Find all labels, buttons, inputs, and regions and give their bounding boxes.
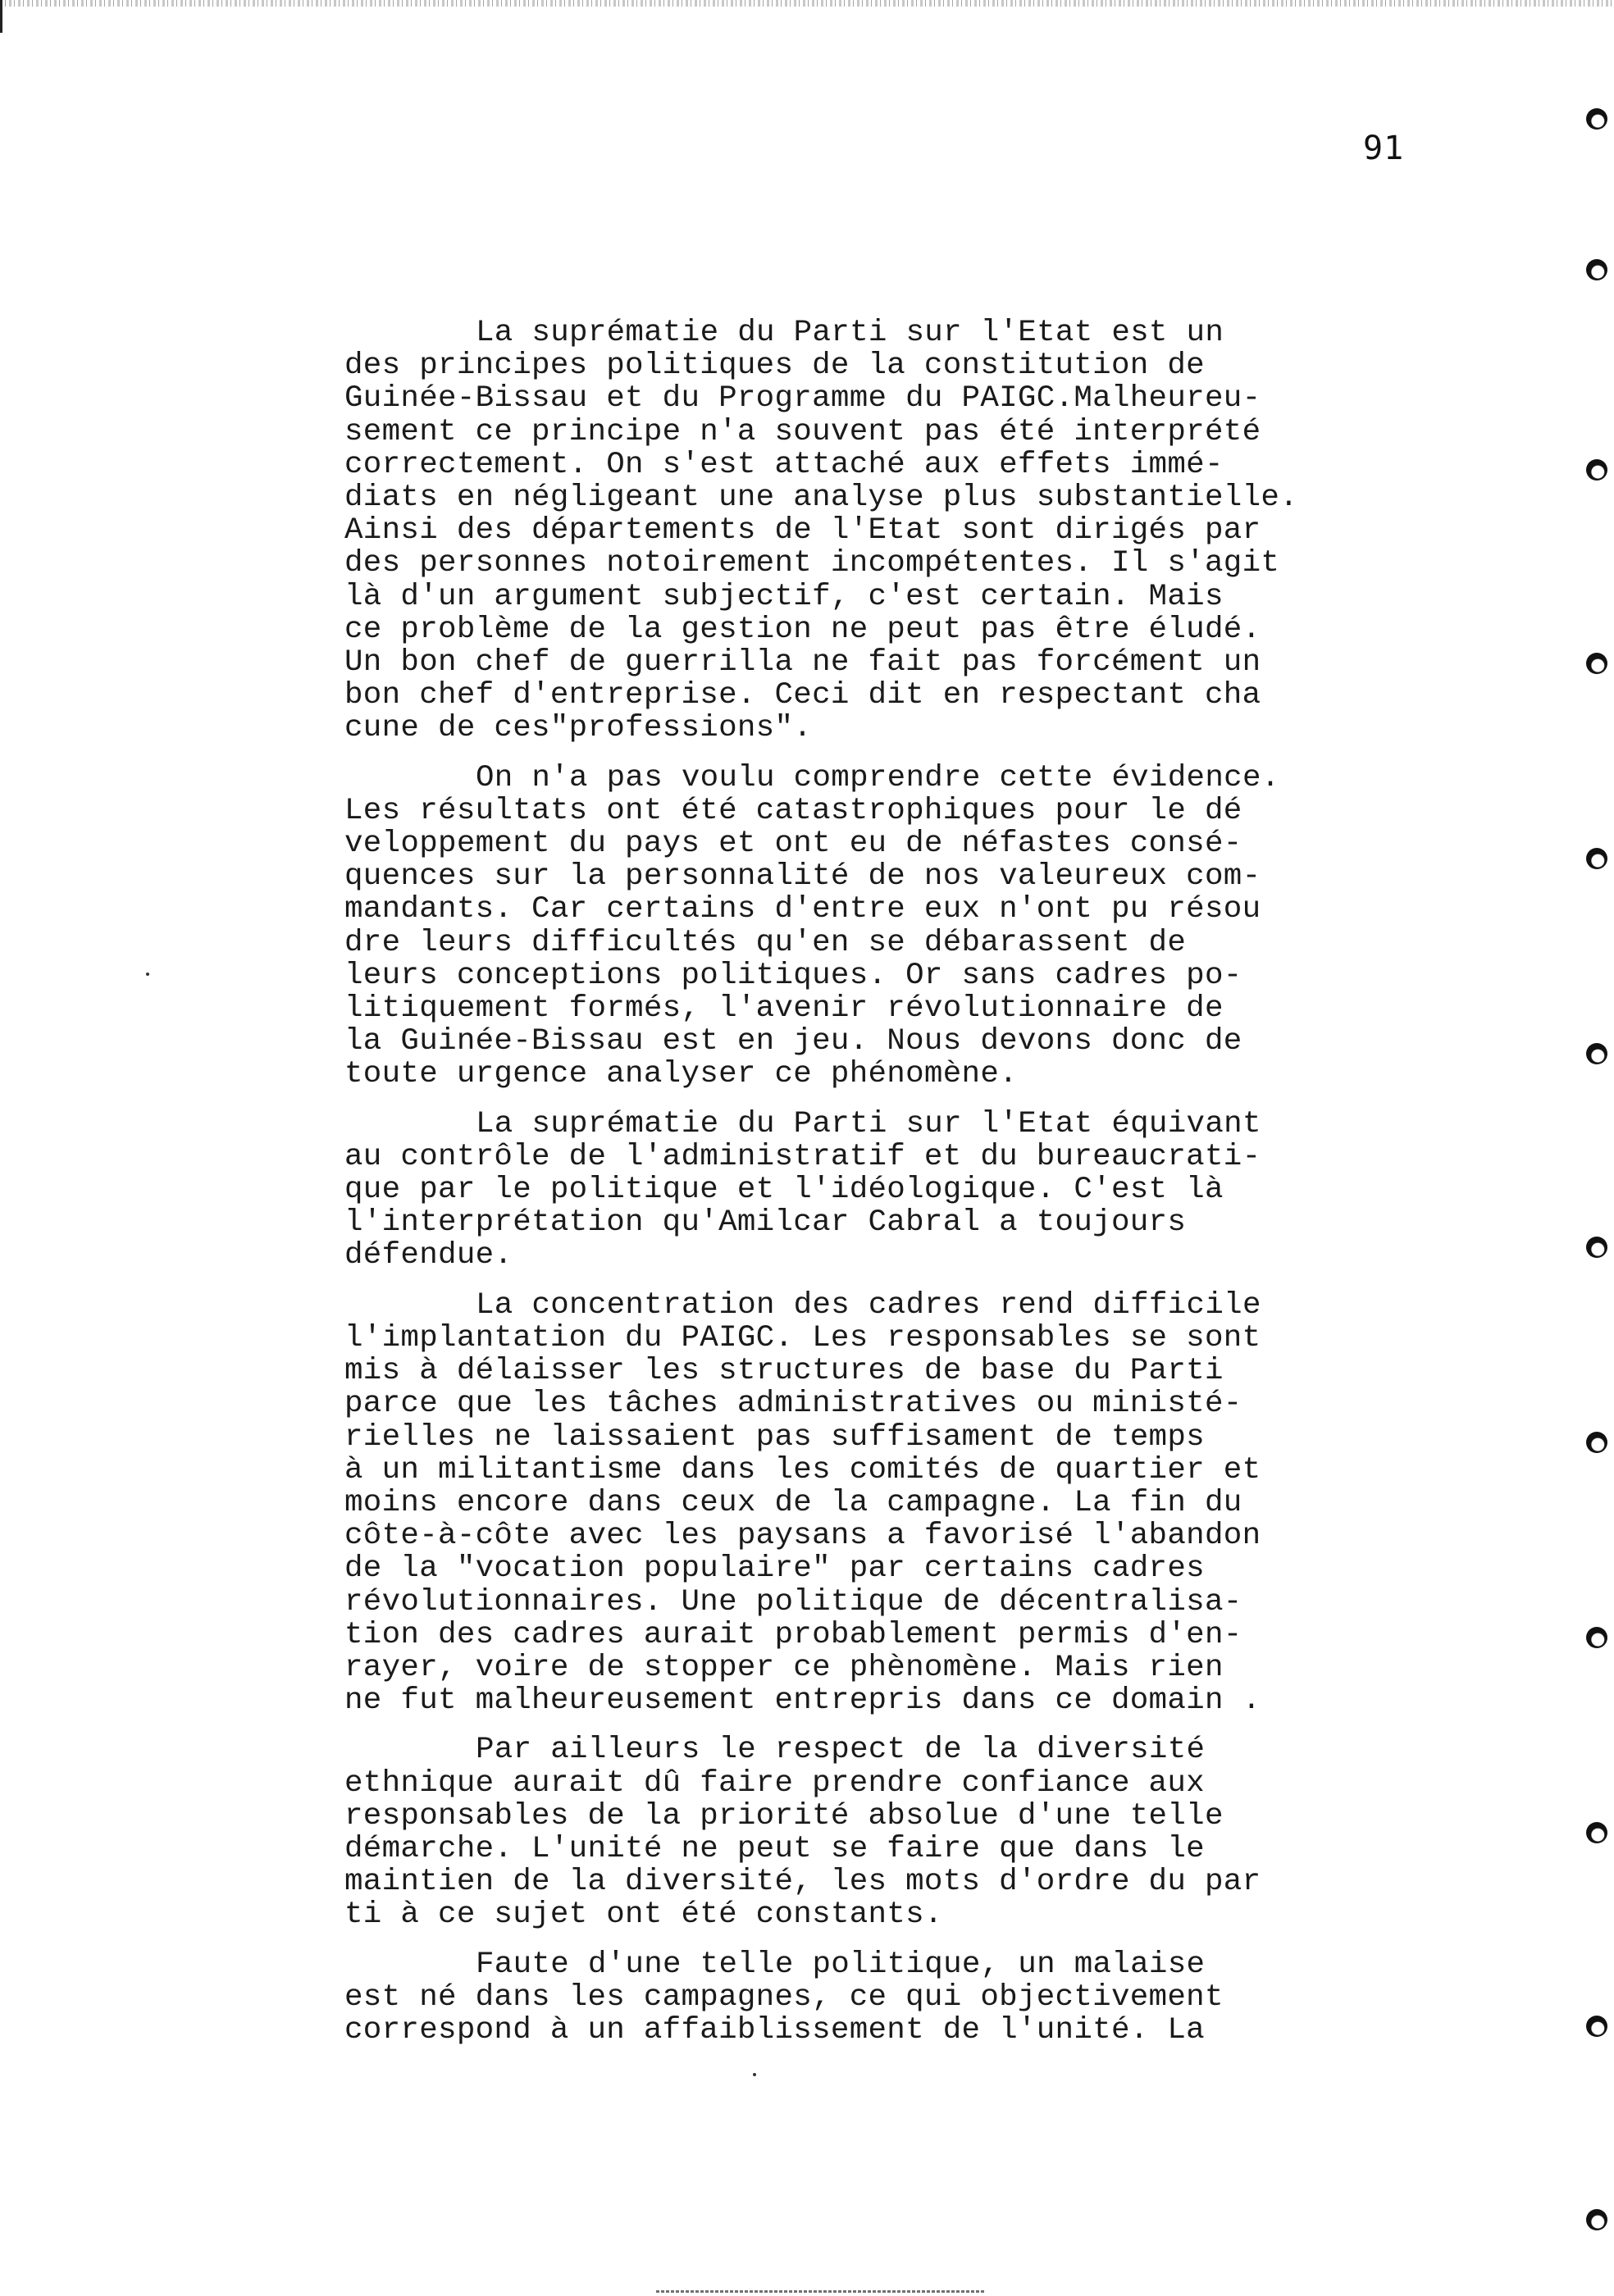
- scan-left-edge: [0, 0, 2, 33]
- binder-hole-icon: [1586, 1432, 1607, 1453]
- text-line: parce que les tâches administratives ou …: [344, 1387, 1443, 1420]
- binder-hole-icon: [1586, 459, 1607, 481]
- text-line: quences sur la personnalité de nos valeu…: [344, 860, 1443, 893]
- text-line: est né dans les campagnes, ce qui object…: [344, 1981, 1443, 2014]
- text-line: veloppement du pays et ont eu de néfaste…: [344, 827, 1443, 860]
- paragraph: La suprématie du Parti sur l'Etat est un…: [344, 317, 1443, 745]
- typewritten-body: La suprématie du Parti sur l'Etat est un…: [344, 317, 1443, 2063]
- binder-hole-icon: [1586, 108, 1607, 130]
- text-line: correctement. On s'est attaché aux effet…: [344, 449, 1443, 481]
- paragraph: Faute d'une telle politique, un malaise …: [344, 1948, 1443, 2048]
- binder-hole-icon: [1586, 1043, 1607, 1064]
- binder-hole-icon: [1586, 2016, 1607, 2037]
- text-line: responsables de la priorité absolue d'un…: [344, 1800, 1443, 1833]
- text-line: défendue.: [344, 1239, 1443, 1272]
- text-line: toute urgence analyser ce phénomène.: [344, 1058, 1443, 1091]
- text-line: la Guinée-Bissau est en jeu. Nous devons…: [344, 1025, 1443, 1058]
- text-line: La suprématie du Parti sur l'Etat équiva…: [344, 1108, 1443, 1141]
- text-line: rayer, voire de stopper ce phènomène. Ma…: [344, 1651, 1443, 1684]
- scan-top-edge: [0, 0, 1614, 7]
- binder-hole-icon: [1586, 2209, 1607, 2230]
- text-line: maintien de la diversité, les mots d'ord…: [344, 1865, 1443, 1898]
- scan-speck: [753, 2073, 756, 2076]
- text-line: au contrôle de l'administratif et du bur…: [344, 1141, 1443, 1173]
- text-line: Faute d'une telle politique, un malaise: [344, 1948, 1443, 1981]
- text-line: Les résultats ont été catastrophiques po…: [344, 795, 1443, 827]
- text-line: démarche. L'unité ne peut se faire que d…: [344, 1833, 1443, 1865]
- paragraph: Par ailleurs le respect de la diversité …: [344, 1733, 1443, 1931]
- text-line: La suprématie du Parti sur l'Etat est un: [344, 317, 1443, 349]
- scan-speck: [146, 973, 149, 976]
- scanned-page: 91 La suprématie du Parti sur l'Etat est…: [0, 0, 1614, 2296]
- page-number: 91: [1363, 130, 1404, 167]
- text-line: Un bon chef de guerrilla ne fait pas for…: [344, 646, 1443, 679]
- text-line: là d'un argument subjectif, c'est certai…: [344, 581, 1443, 613]
- scan-bottom-edge: [656, 2290, 984, 2293]
- text-line: rielles ne laissaient pas suffisament de…: [344, 1421, 1443, 1454]
- text-line: l'interprétation qu'Amilcar Cabral a tou…: [344, 1206, 1443, 1239]
- text-line: des personnes notoirement incompétentes.…: [344, 547, 1443, 580]
- binder-hole-icon: [1586, 653, 1607, 674]
- text-line: correspond à un affaiblissement de l'uni…: [344, 2014, 1443, 2047]
- text-line: de la "vocation populaire" par certains …: [344, 1552, 1443, 1585]
- text-line: côte-à-côte avec les paysans a favorisé …: [344, 1519, 1443, 1552]
- text-line: bon chef d'entreprise. Ceci dit en respe…: [344, 679, 1443, 712]
- text-line: Par ailleurs le respect de la diversité: [344, 1733, 1443, 1766]
- text-line: leurs conceptions politiques. Or sans ca…: [344, 959, 1443, 992]
- text-line: cune de ces"professions".: [344, 712, 1443, 745]
- text-line: ti à ce sujet ont été constants.: [344, 1898, 1443, 1931]
- text-line: sement ce principe n'a souvent pas été i…: [344, 416, 1443, 449]
- binder-hole-icon: [1586, 1627, 1607, 1648]
- text-line: que par le politique et l'idéologique. C…: [344, 1173, 1443, 1206]
- text-line: à un militantisme dans les comités de qu…: [344, 1454, 1443, 1487]
- binder-hole-icon: [1586, 259, 1607, 280]
- text-line: mandants. Car certains d'entre eux n'ont…: [344, 893, 1443, 926]
- text-line: tion des cadres aurait probablement perm…: [344, 1619, 1443, 1651]
- text-line: dre leurs difficultés qu'en se débarasse…: [344, 927, 1443, 959]
- text-line: ethnique aurait dû faire prendre confian…: [344, 1767, 1443, 1800]
- text-line: révolutionnaires. Une politique de décen…: [344, 1586, 1443, 1619]
- binder-hole-icon: [1586, 848, 1607, 869]
- paragraph: La suprématie du Parti sur l'Etat équiva…: [344, 1108, 1443, 1273]
- text-line: Guinée-Bissau et du Programme du PAIGC.M…: [344, 382, 1443, 415]
- text-line: diats en négligeant une analyse plus sub…: [344, 481, 1443, 514]
- text-line: des principes politiques de la constitut…: [344, 349, 1443, 382]
- text-line: On n'a pas voulu comprendre cette éviden…: [344, 762, 1443, 795]
- binder-hole-icon: [1586, 1237, 1607, 1258]
- text-line: La concentration des cadres rend diffici…: [344, 1289, 1443, 1322]
- text-line: mis à délaisser les structures de base d…: [344, 1355, 1443, 1387]
- paragraph: La concentration des cadres rend diffici…: [344, 1289, 1443, 1718]
- text-line: l'implantation du PAIGC. Les responsable…: [344, 1322, 1443, 1355]
- text-line: litiquement formés, l'avenir révolutionn…: [344, 992, 1443, 1025]
- binder-hole-icon: [1586, 1822, 1607, 1843]
- text-line: ce problème de la gestion ne peut pas êt…: [344, 613, 1443, 646]
- text-line: moins encore dans ceux de la campagne. L…: [344, 1487, 1443, 1519]
- text-line: Ainsi des départements de l'Etat sont di…: [344, 514, 1443, 547]
- text-line: ne fut malheureusement entrepris dans ce…: [344, 1684, 1443, 1717]
- paragraph: On n'a pas voulu comprendre cette éviden…: [344, 762, 1443, 1091]
